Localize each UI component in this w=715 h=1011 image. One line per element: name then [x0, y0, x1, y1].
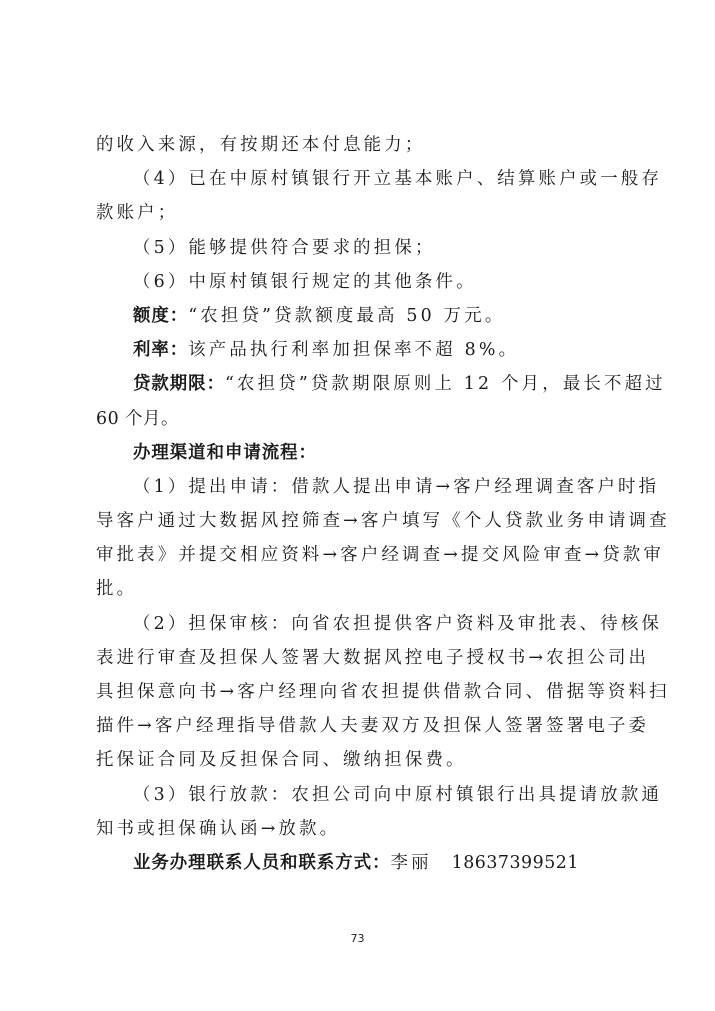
- step2-line: 具担保意向书→客户经理向省农担提供借款合同、借据等资料扫: [96, 675, 628, 709]
- step2-line: （2）担保审核：向省农担提供客户资料及审批表、待核保: [96, 607, 628, 641]
- step3-line: 知书或担保确认函→放款。: [96, 812, 628, 846]
- quota-label: 额度：: [133, 306, 188, 326]
- contact-phone: 18637399521: [452, 853, 579, 873]
- rate-label: 利率：: [133, 340, 188, 360]
- contact-line: 业务办理联系人员和联系方式：李丽18637399521: [96, 846, 628, 880]
- document-page: 的收入来源，有按期还本付息能力； （4）已在中原村镇银行开立基本账户、结算账户或…: [0, 0, 715, 1011]
- term-line-cont: 60 个月。: [96, 402, 628, 436]
- document-body: 的收入来源，有按期还本付息能力； （4）已在中原村镇银行开立基本账户、结算账户或…: [96, 128, 628, 880]
- process-heading: 办理渠道和申请流程：: [96, 436, 628, 470]
- condition-4: （4）已在中原村镇银行开立基本账户、结算账户或一般存: [96, 162, 628, 196]
- rate-line: 利率：该产品执行利率加担保率不超 8%。: [96, 333, 628, 367]
- condition-6: （6）中原村镇银行规定的其他条件。: [96, 265, 628, 299]
- term-text: “农担贷”贷款期限原则上 12 个月，最长不超过: [225, 374, 666, 394]
- page-number: 73: [0, 932, 715, 945]
- contact-name: 李丽: [390, 853, 431, 873]
- step1-line: 批。: [96, 572, 628, 606]
- condition-5: （5）能够提供符合要求的担保；: [96, 231, 628, 265]
- contact-label: 业务办理联系人员和联系方式：: [133, 853, 390, 873]
- rate-text: 该产品执行利率加担保率不超 8%。: [188, 340, 519, 360]
- text-line: 的收入来源，有按期还本付息能力；: [96, 128, 628, 162]
- condition-4-cont: 款账户；: [96, 196, 628, 230]
- step1-line: （1）提出申请：借款人提出申请→客户经理调查客户时指: [96, 470, 628, 504]
- step1-line: 审批表》并提交相应资料→客户经调查→提交风险审查→贷款审: [96, 538, 628, 572]
- term-label: 贷款期限：: [133, 374, 225, 394]
- step2-line: 描件→客户经理指导借款人夫妻双方及担保人签署签署电子委: [96, 709, 628, 743]
- quota-text: “农担贷”贷款额度最高 50 万元。: [188, 306, 505, 326]
- step2-line: 表进行审查及担保人签署大数据风控电子授权书→农担公司出: [96, 641, 628, 675]
- quota-line: 额度：“农担贷”贷款额度最高 50 万元。: [96, 299, 628, 333]
- step3-line: （3）银行放款：农担公司向中原村镇银行出具提请放款通: [96, 778, 628, 812]
- term-line: 贷款期限：“农担贷”贷款期限原则上 12 个月，最长不超过: [96, 367, 628, 401]
- step1-line: 导客户通过大数据风控筛查→客户填写《个人贷款业务申请调查: [96, 504, 628, 538]
- step2-line: 托保证合同及反担保合同、缴纳担保费。: [96, 743, 628, 777]
